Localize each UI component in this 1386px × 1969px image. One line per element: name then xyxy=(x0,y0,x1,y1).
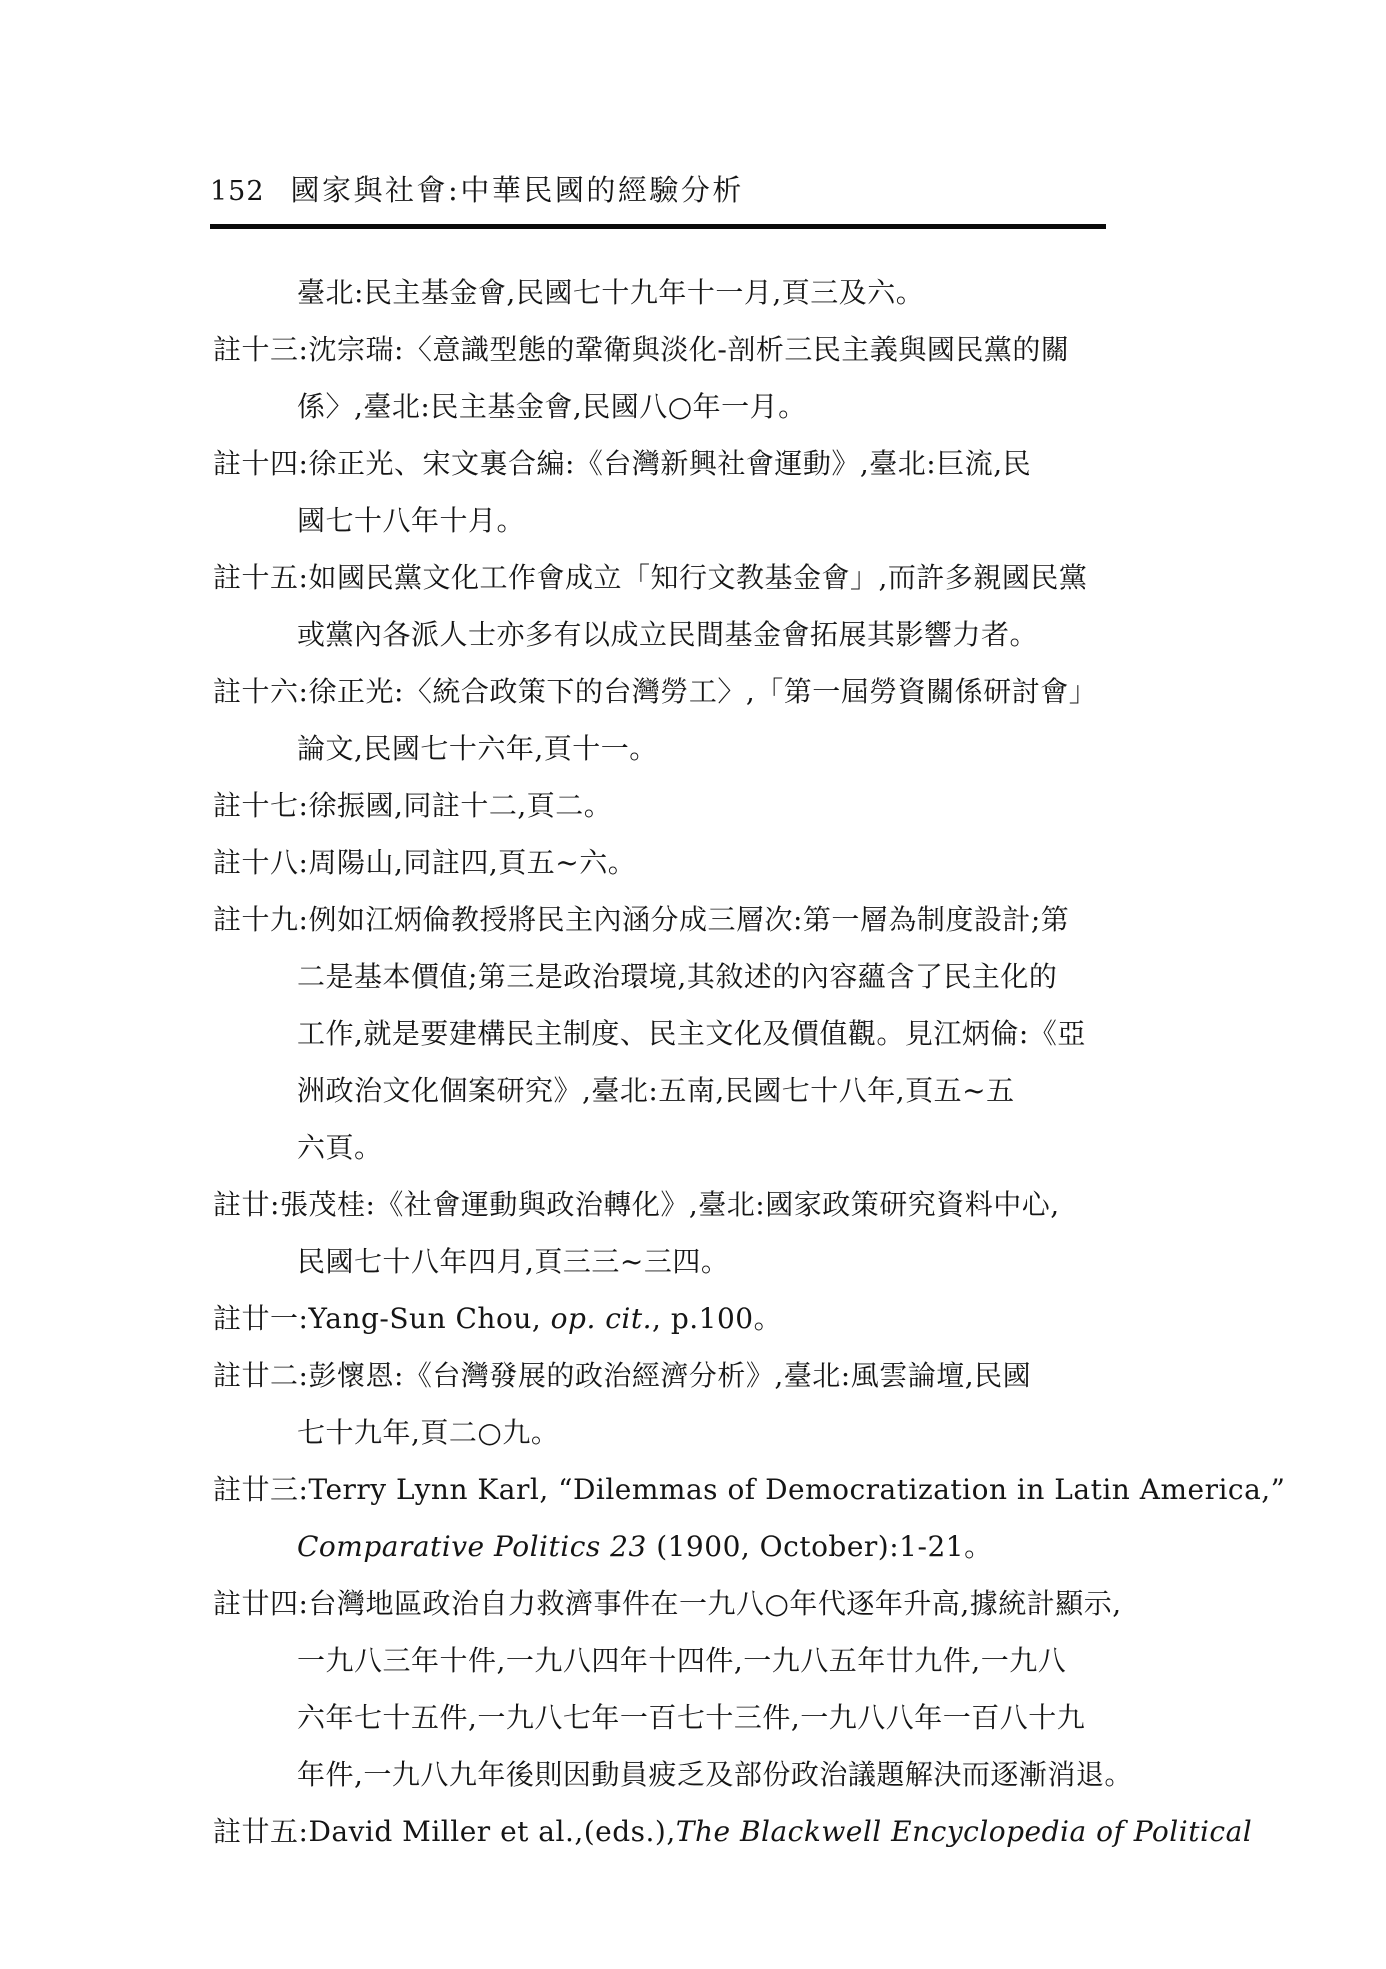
note-text: 國七十八年十月。 xyxy=(297,504,525,537)
note-line: 註十五:如國民黨文化工作會成立「知行文教基金會」,而許多親國民黨 xyxy=(213,549,1123,606)
note-line: 註廿四:台灣地區政治自力救濟事件在一九八○年代逐年升高,據統計顯示, xyxy=(213,1575,1123,1632)
note-text: 台灣地區政治自力救濟事件在一九八○年代逐年升高,據統計顯示, xyxy=(308,1587,1121,1620)
note-line: 註十六:徐正光:〈統合政策下的台灣勞工〉,「第一屆勞資關係研討會」 xyxy=(213,663,1123,720)
note-line: 註十九:例如江炳倫教授將民主內涵分成三層次:第一層為制度設計;第 xyxy=(213,891,1123,948)
note-line: 一九八三年十件,一九八四年十四件,一九八五年廿九件,一九八 xyxy=(213,1632,1123,1689)
note-text: 六頁。 xyxy=(297,1131,383,1164)
note-line: 國七十八年十月。 xyxy=(213,492,1123,549)
note-label: 註廿二: xyxy=(213,1359,308,1392)
note-line: 註廿一:Yang-Sun Chou, op. cit., p.100。 xyxy=(213,1290,1123,1347)
note-text: 年件,一九八九年後則因動員疲乏及部份政治議題解決而逐漸消退。 xyxy=(297,1758,1133,1791)
note-text: 工作,就是要建構民主制度、民主文化及價值觀。見江炳倫:《亞 xyxy=(297,1017,1086,1050)
note-text-italic: Comparative Politics 23 xyxy=(297,1530,647,1563)
note-line: 或黨內各派人士亦多有以成立民間基金會拓展其影響力者。 xyxy=(213,606,1123,663)
note-text: 七十九年,頁二○九。 xyxy=(297,1416,559,1449)
page-number: 152 xyxy=(210,176,265,207)
note-text: 彭懷恩:《台灣發展的政治經濟分析》,臺北:風雲論壇,民國 xyxy=(308,1359,1031,1392)
running-header: 152 國家與社會:中華民國的經驗分析 xyxy=(210,168,1106,229)
note-text: 例如江炳倫教授將民主內涵分成三層次:第一層為制度設計;第 xyxy=(308,903,1069,936)
note-line: 六年七十五件,一九八七年一百七十三件,一九八八年一百八十九 xyxy=(213,1689,1123,1746)
note-line: 註廿三:Terry Lynn Karl, “Dilemmas of Democr… xyxy=(213,1461,1123,1518)
note-line: 註十八:周陽山,同註四,頁五~六。 xyxy=(213,834,1123,891)
note-text: 如國民黨文化工作會成立「知行文教基金會」,而許多親國民黨 xyxy=(308,561,1087,594)
note-text-italic: The Blackwell Encyclopedia of Political xyxy=(676,1815,1252,1848)
note-label: 註廿三: xyxy=(213,1473,308,1506)
note-label: 註十七: xyxy=(213,789,308,822)
note-text: 周陽山,同註四,頁五~六。 xyxy=(308,846,636,879)
note-line: 洲政治文化個案研究》,臺北:五南,民國七十八年,頁五~五 xyxy=(213,1062,1123,1119)
book-title: 國家與社會:中華民國的經驗分析 xyxy=(291,168,744,209)
note-label: 註十九: xyxy=(213,903,308,936)
note-line: 六頁。 xyxy=(213,1119,1123,1176)
note-text: David Miller et al.,(eds.), xyxy=(308,1815,675,1848)
note-label: 註十三: xyxy=(213,333,308,366)
note-label: 註廿一: xyxy=(213,1302,308,1335)
note-text: 臺北:民主基金會,民國七十九年十一月,頁三及六。 xyxy=(297,276,924,309)
note-label: 註十五: xyxy=(213,561,308,594)
note-text: 係〉,臺北:民主基金會,民國八○年一月。 xyxy=(297,390,807,423)
note-label: 註廿四: xyxy=(213,1587,308,1620)
note-line: 註十三:沈宗瑞:〈意識型態的鞏衛與淡化-剖析三民主義與國民黨的關 xyxy=(213,321,1123,378)
note-line: 註廿:張茂桂:《社會運動與政治轉化》,臺北:國家政策研究資料中心, xyxy=(213,1176,1123,1233)
note-line: 二是基本價值;第三是政治環境,其敘述的內容蘊含了民主化的 xyxy=(213,948,1123,1005)
note-text: 民國七十八年四月,頁三三~三四。 xyxy=(297,1245,729,1278)
note-text: 六年七十五件,一九八七年一百七十三件,一九八八年一百八十九 xyxy=(297,1701,1085,1734)
note-text: 徐正光、宋文裏合編:《台灣新興社會運動》,臺北:巨流,民 xyxy=(308,447,1031,480)
note-line: 註十四:徐正光、宋文裏合編:《台灣新興社會運動》,臺北:巨流,民 xyxy=(213,435,1123,492)
note-line: 年件,一九八九年後則因動員疲乏及部份政治議題解決而逐漸消退。 xyxy=(213,1746,1123,1803)
note-line: Comparative Politics 23 (1900, October):… xyxy=(213,1518,1123,1575)
note-label: 註廿: xyxy=(213,1188,280,1221)
note-line: 七十九年,頁二○九。 xyxy=(213,1404,1123,1461)
endnotes-list: 臺北:民主基金會,民國七十九年十一月,頁三及六。註十三:沈宗瑞:〈意識型態的鞏衛… xyxy=(213,264,1123,1860)
note-text: 沈宗瑞:〈意識型態的鞏衛與淡化-剖析三民主義與國民黨的關 xyxy=(308,333,1069,366)
note-label: 註廿五: xyxy=(213,1815,308,1848)
note-text: , p.100。 xyxy=(652,1302,782,1335)
note-line: 註廿二:彭懷恩:《台灣發展的政治經濟分析》,臺北:風雲論壇,民國 xyxy=(213,1347,1123,1404)
note-text: 徐正光:〈統合政策下的台灣勞工〉,「第一屆勞資關係研討會」 xyxy=(308,675,1097,708)
book-page: 152 國家與社會:中華民國的經驗分析 臺北:民主基金會,民國七十九年十一月,頁… xyxy=(0,0,1386,1969)
note-text: Yang-Sun Chou, xyxy=(308,1302,550,1335)
note-text: 徐振國,同註十二,頁二。 xyxy=(308,789,612,822)
note-line: 註廿五:David Miller et al.,(eds.),The Black… xyxy=(213,1803,1123,1860)
note-text: 論文,民國七十六年,頁十一。 xyxy=(297,732,658,765)
note-line: 論文,民國七十六年,頁十一。 xyxy=(213,720,1123,777)
note-line: 註十七:徐振國,同註十二,頁二。 xyxy=(213,777,1123,834)
note-text: 或黨內各派人士亦多有以成立民間基金會拓展其影響力者。 xyxy=(297,618,1038,651)
note-text: 一九八三年十件,一九八四年十四件,一九八五年廿九件,一九八 xyxy=(297,1644,1066,1677)
note-text-italic: op. cit. xyxy=(551,1302,652,1335)
note-label: 註十四: xyxy=(213,447,308,480)
note-line: 係〉,臺北:民主基金會,民國八○年一月。 xyxy=(213,378,1123,435)
note-text: Terry Lynn Karl, “Dilemmas of Democratiz… xyxy=(308,1473,1285,1506)
note-text: (1900, October):1-21。 xyxy=(647,1530,993,1563)
note-line: 臺北:民主基金會,民國七十九年十一月,頁三及六。 xyxy=(213,264,1123,321)
note-text: 二是基本價值;第三是政治環境,其敘述的內容蘊含了民主化的 xyxy=(297,960,1057,993)
note-text: 洲政治文化個案研究》,臺北:五南,民國七十八年,頁五~五 xyxy=(297,1074,1015,1107)
note-line: 民國七十八年四月,頁三三~三四。 xyxy=(213,1233,1123,1290)
note-line: 工作,就是要建構民主制度、民主文化及價值觀。見江炳倫:《亞 xyxy=(213,1005,1123,1062)
note-text: 張茂桂:《社會運動與政治轉化》,臺北:國家政策研究資料中心, xyxy=(280,1188,1060,1221)
note-label: 註十八: xyxy=(213,846,308,879)
note-label: 註十六: xyxy=(213,675,308,708)
